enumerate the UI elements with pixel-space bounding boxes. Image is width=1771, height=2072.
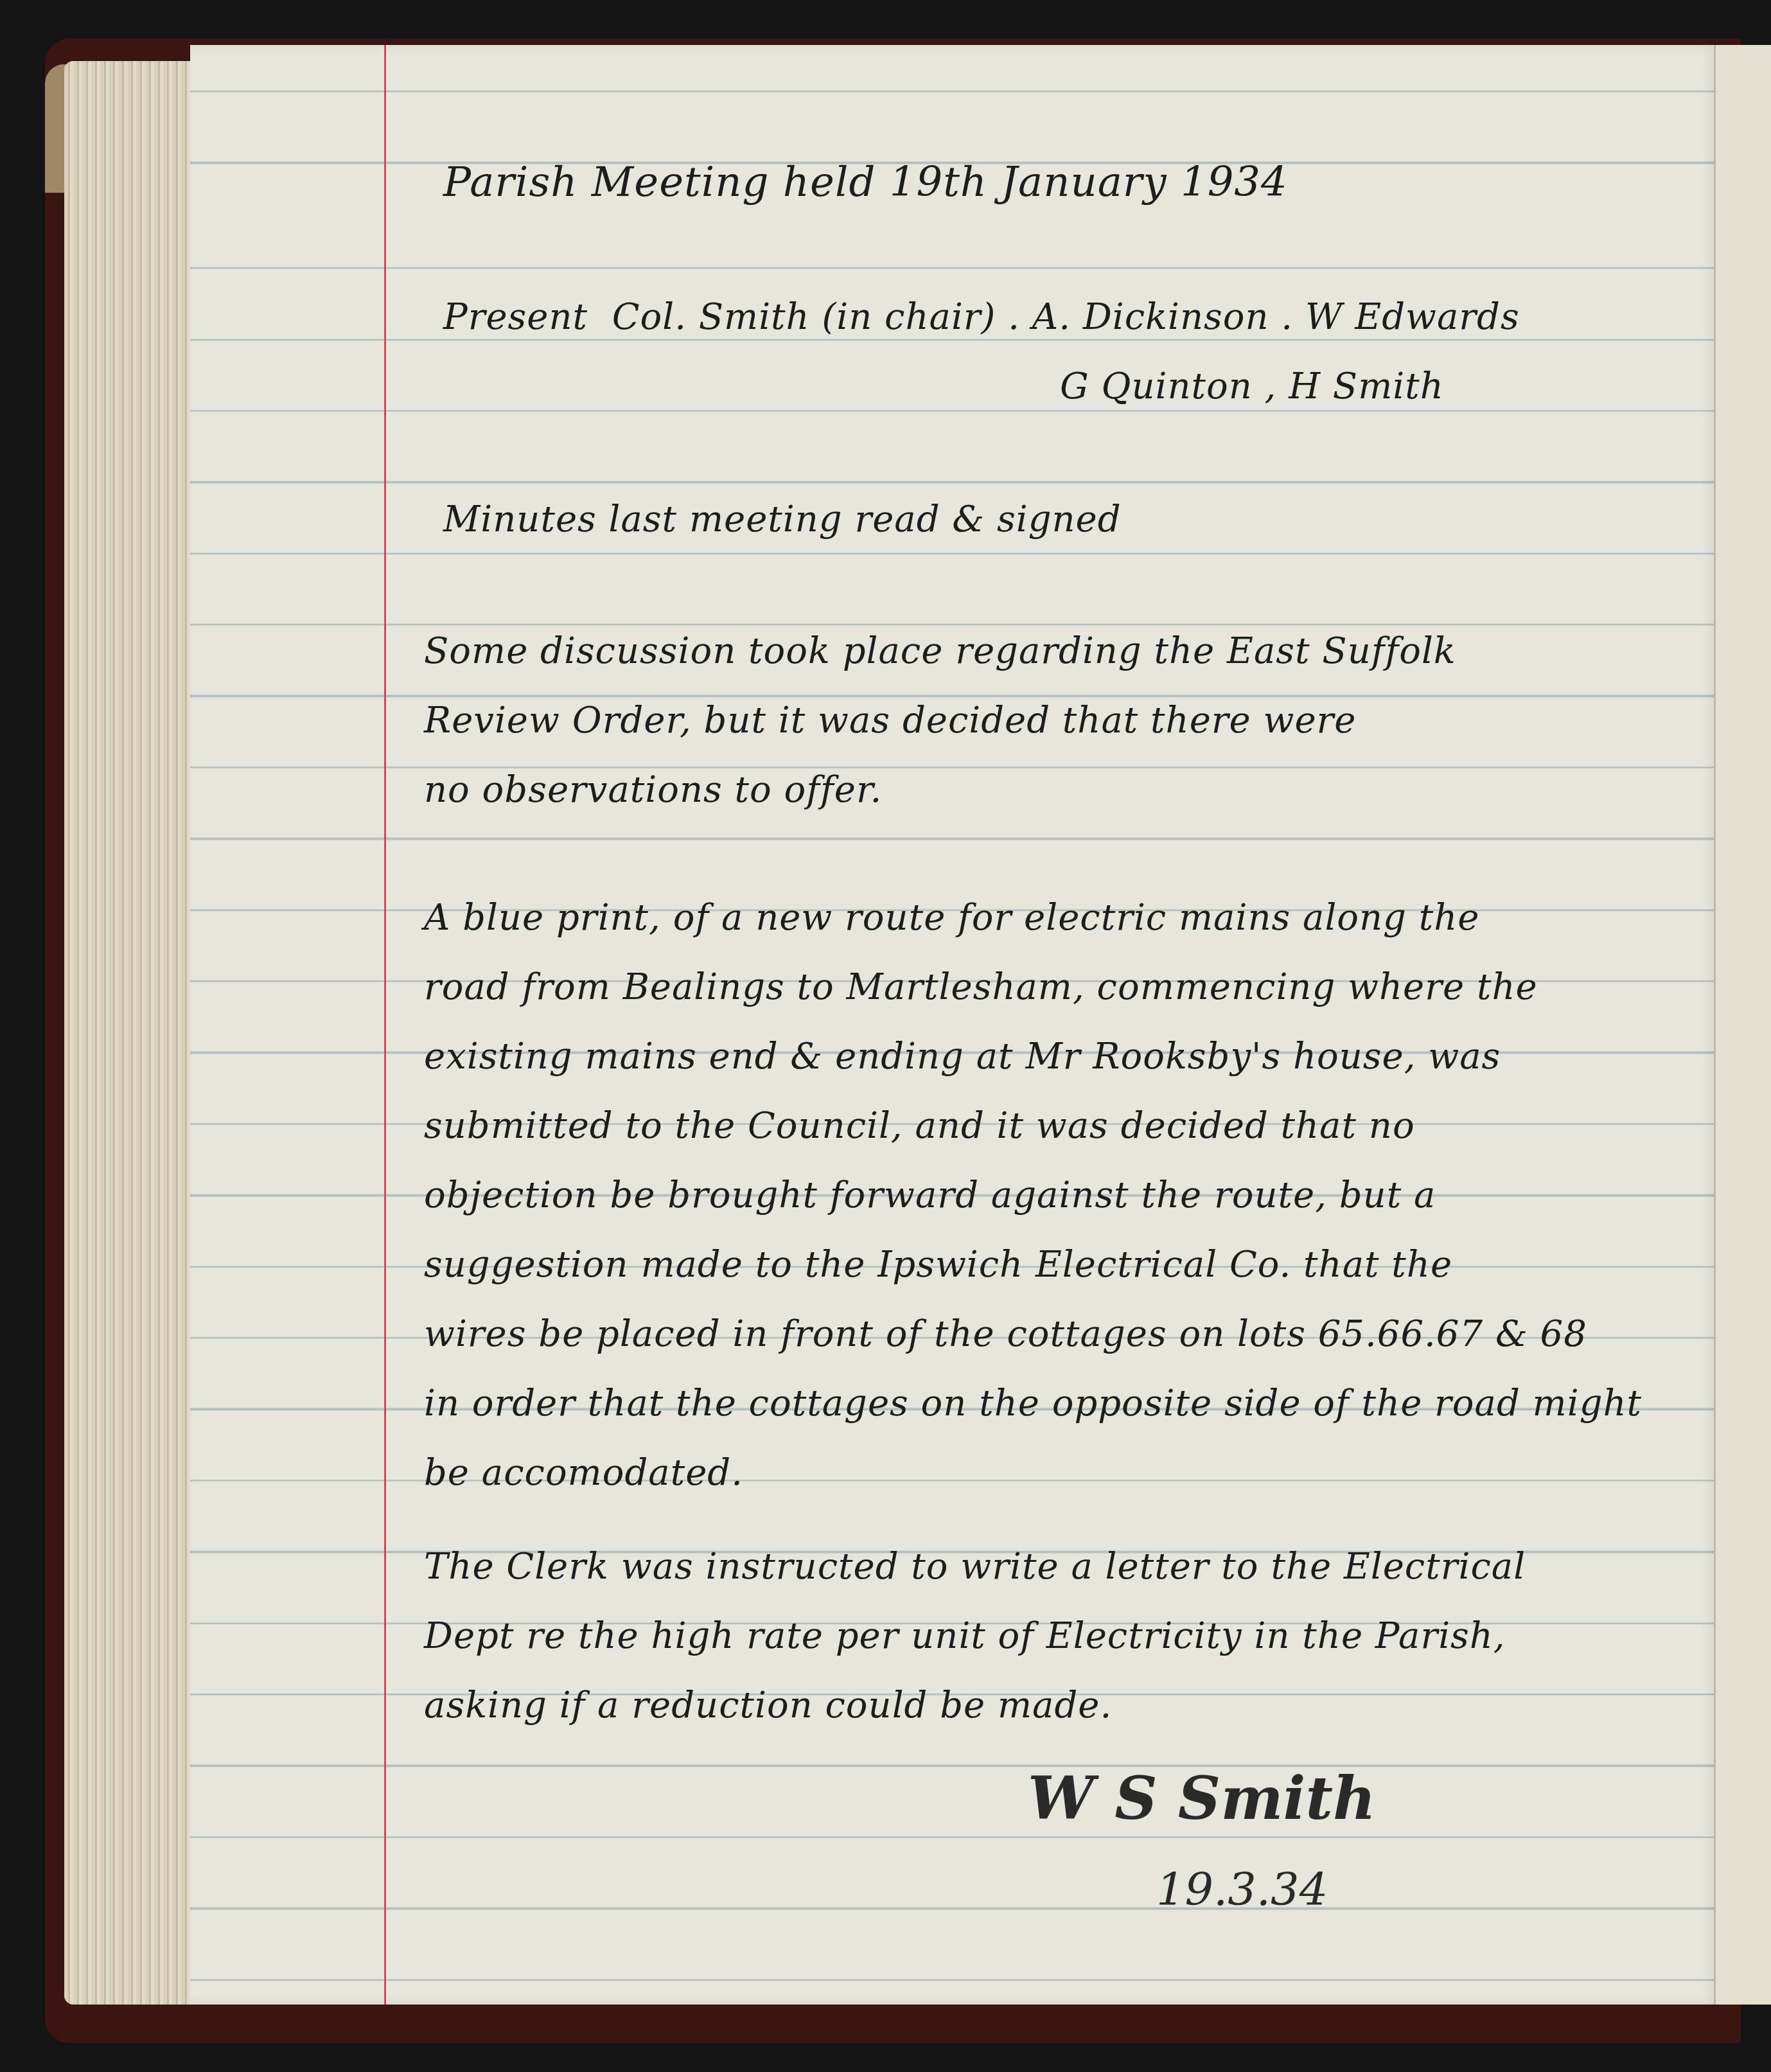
attendees-names-1: Col. Smith (in chair) . A. Dickinson . W… — [612, 296, 1520, 338]
paragraph-line: no observations to offer. — [424, 756, 1617, 825]
paragraph-line: Dept re the high rate per unit of Electr… — [424, 1602, 1617, 1671]
paragraph-line: Review Order, but it was decided that th… — [424, 686, 1617, 756]
paragraph-line: be accomodated. — [424, 1439, 1617, 1508]
red-margin-line — [384, 45, 386, 2005]
present-label: Present — [443, 296, 588, 338]
attendees-line-2: G Quinton , H Smith — [443, 352, 1617, 421]
title-text: Parish Meeting held 19th January 1934 — [443, 148, 1617, 217]
facing-page-edge — [1714, 45, 1771, 2005]
minutes-note-text: Minutes last meeting read & signed — [443, 485, 1617, 554]
paragraph-line: wires be placed in front of the cottages… — [424, 1300, 1617, 1369]
paragraph-electricity-rate: The Clerk was instructed to write a lett… — [424, 1532, 1617, 1740]
paragraph-review-order: Some discussion took place regarding the… — [424, 617, 1617, 825]
meeting-title: Parish Meeting held 19th January 1934 — [443, 148, 1617, 217]
paragraph-line: submitted to the Council, and it was dec… — [424, 1092, 1617, 1161]
paragraph-line: Some discussion took place regarding the… — [424, 617, 1617, 686]
minutes-note: Minutes last meeting read & signed — [443, 485, 1617, 554]
paragraph-line: asking if a reduction could be made. — [424, 1671, 1617, 1740]
paragraph-line: objection be brought forward against the… — [424, 1161, 1617, 1230]
paragraph-line: road from Bealings to Martlesham, commen… — [424, 953, 1617, 1022]
paragraph-line: A blue print, of a new route for electri… — [424, 883, 1617, 953]
paragraph-line: in order that the cottages on the opposi… — [424, 1369, 1617, 1439]
attendees-block: Present Col. Smith (in chair) . A. Dicki… — [443, 283, 1617, 421]
paragraph-line: The Clerk was instructed to write a lett… — [424, 1532, 1617, 1602]
paragraph-electric-mains: A blue print, of a new route for electri… — [424, 883, 1617, 1508]
page-edges — [64, 61, 193, 2005]
chair-signature: W S Smith — [1028, 1764, 1376, 1833]
paragraph-line: suggestion made to the Ipswich Electrica… — [424, 1230, 1617, 1300]
attendees-line-1: Present Col. Smith (in chair) . A. Dicki… — [443, 283, 1617, 352]
signature-date: 19.3.34 — [1156, 1863, 1328, 1916]
paragraph-line: existing mains end & ending at Mr Rooksb… — [424, 1022, 1617, 1092]
